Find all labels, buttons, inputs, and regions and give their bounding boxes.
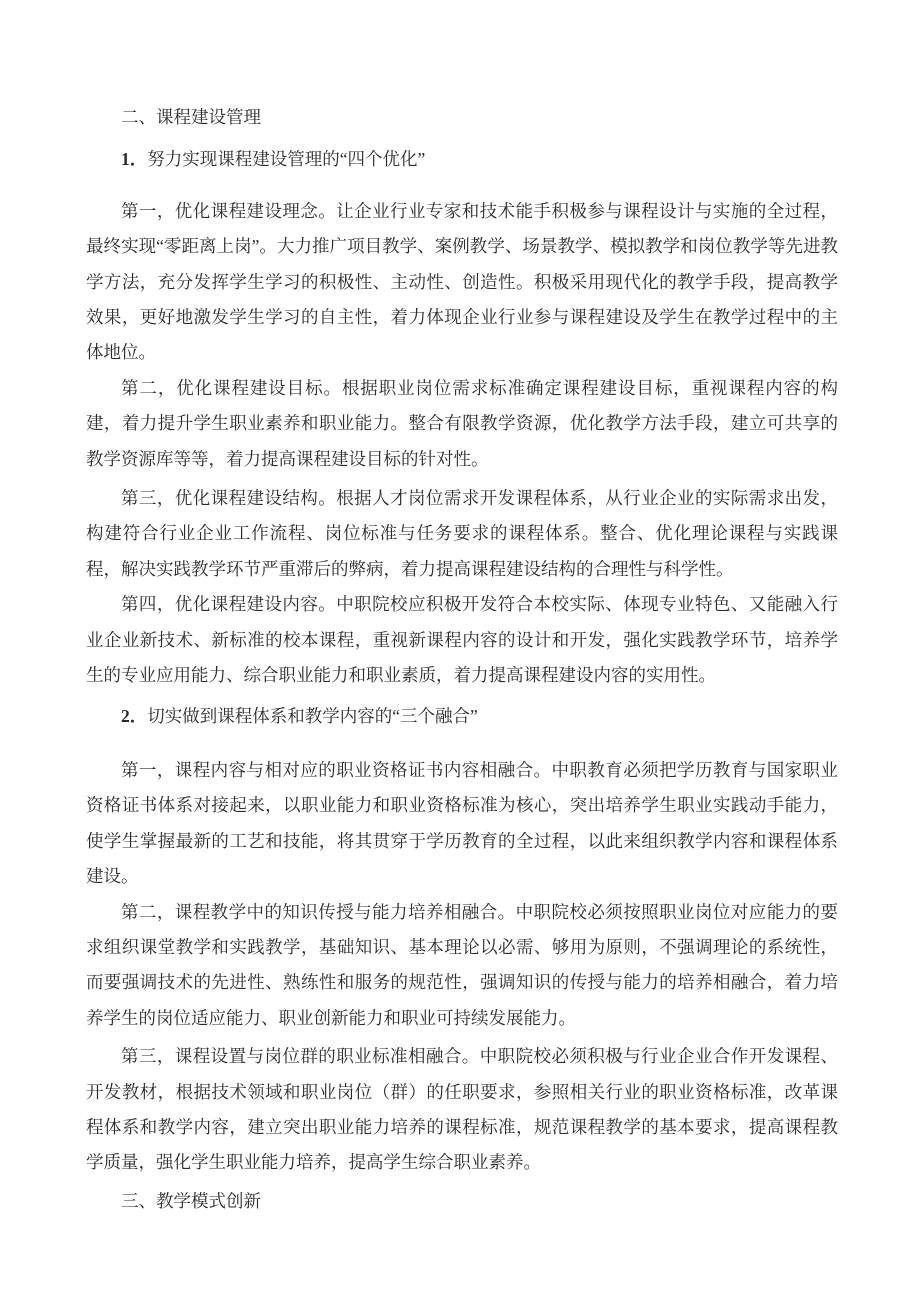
paragraph-optimize-structure: 第三，优化课程建设结构。根据人才岗位需求开发课程体系，从行业企业的实际需求出发，… [86, 481, 838, 587]
paragraph-optimize-goals: 第二，优化课程建设目标。根据职业岗位需求标准确定课程建设目标，重视课程内容的构建… [86, 371, 838, 477]
subsection-number: 2． [121, 706, 147, 726]
paragraph-optimize-concept: 第一，优化课程建设理念。让企业行业专家和技术能手积极参与课程设计与实施的全过程，… [86, 194, 838, 371]
document-page: 二、课程建设管理 1．努力实现课程建设管理的“四个优化” 第一，优化课程建设理念… [0, 0, 920, 1301]
subsection-title: 切实做到课程体系和教学内容的“三个融合” [147, 706, 478, 726]
subsection-heading-four-optimizations: 1．努力实现课程建设管理的“四个优化” [86, 142, 838, 177]
subsection-title: 努力实现课程建设管理的“四个优化” [147, 149, 425, 169]
subsection-number: 1． [121, 149, 147, 169]
paragraph-optimize-content: 第四，优化课程建设内容。中职院校应积极开发符合本校实际、体现专业特色、又能融入行… [86, 587, 838, 693]
paragraph-integration-certificates: 第一，课程内容与相对应的职业资格证书内容相融合。中职教育必须把学历教育与国家职业… [86, 753, 838, 895]
section-heading-course-construction-management: 二、课程建设管理 [86, 100, 838, 135]
subsection-heading-three-integrations: 2．切实做到课程体系和教学内容的“三个融合” [86, 699, 838, 734]
paragraph-integration-job-standards: 第三，课程设置与岗位群的职业标准相融合。中职院校必须积极与行业企业合作开发课程、… [86, 1039, 838, 1181]
section-heading-teaching-mode-innovation: 三、教学模式创新 [86, 1184, 838, 1219]
paragraph-integration-knowledge-ability: 第二，课程教学中的知识传授与能力培养相融合。中职院校必须按照职业岗位对应能力的要… [86, 895, 838, 1037]
